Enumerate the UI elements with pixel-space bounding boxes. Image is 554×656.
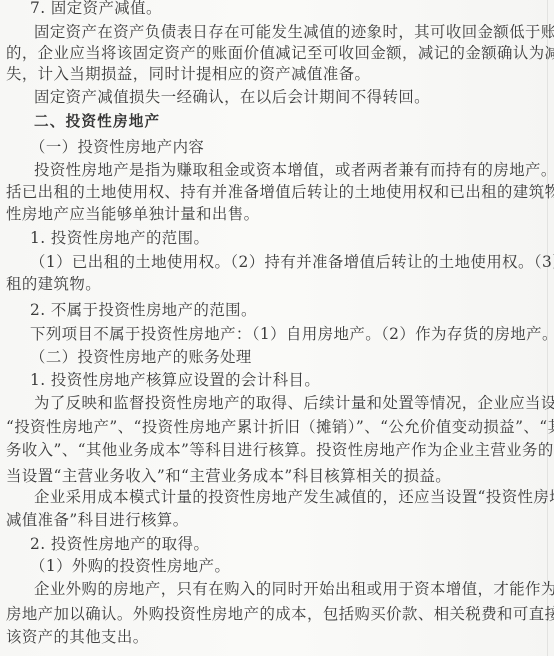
text-line: 7. 固定资产减值。 <box>30 0 162 18</box>
text-line: 企业采用成本模式计量的投资性房地产发生减值的，还应当设置“投资性房地产 <box>34 487 546 507</box>
text-line: 投资性房地产是指为赚取租金或资本增值，或者两者兼有而持有的房地产。主要包 <box>34 160 546 180</box>
text-line: 当设置“主营业务收入”和“主营业务成本”科目核算相关的损益。 <box>6 466 546 486</box>
text-line: 性房地产应当能够单独计量和出售。 <box>6 204 546 224</box>
text-line: 括已出租的土地使用权、持有并准备增值后转让的土地使用权和已出租的建筑物。投资 <box>6 182 546 202</box>
text-line: 企业外购的房地产，只有在购入的同时开始出租或用于资本增值，才能作为投资性 <box>34 579 546 599</box>
text-line: 务收入”、“其他业务成本”等科目进行核算。投资性房地产作为企业主营业务的，应 <box>6 440 546 460</box>
text-line: 失，计入当期损益，同时计提相应的资产减值准备。 <box>6 64 546 84</box>
text-line: （1）外购的投资性房地产。 <box>30 556 230 576</box>
text-line: （二）投资性房地产的账务处理 <box>30 347 252 367</box>
section-heading: 二、投资性房地产 <box>34 112 546 132</box>
text-line: 固定资产减值损失一经确认，在以后会计期间不得转回。 <box>34 87 546 107</box>
text-line: 该资产的其他支出。 <box>6 627 546 647</box>
text-line: 的，企业应当将该固定资产的账面价值减记至可收回金额，减记的金额确认为减值损 <box>6 43 546 63</box>
text-line: 1. 投资性房地产核算应设置的会计科目。 <box>30 370 320 390</box>
text-line: 租的建筑物。 <box>6 274 546 294</box>
text-line: 下列项目不属于投资性房地产：（1）自用房地产。（2）作为存货的房地产。 <box>30 324 554 344</box>
text-line: （一）投资性房地产内容 <box>30 137 204 157</box>
text-line: （1）已出租的土地使用权。（2）持有并准备增值后转让的土地使用权。（3）已出 <box>30 252 546 272</box>
document-page: 7. 固定资产减值。固定资产在资产负债表日存在可能发生减值的迹象时，其可收回金额… <box>0 0 554 656</box>
text-line: 2. 投资性房地产的取得。 <box>30 534 209 554</box>
text-line: “投资性房地产”、“投资性房地产累计折旧（摊销）”、“公允价值变动损益”、“其他… <box>6 417 546 437</box>
text-line: 1. 投资性房地产的范围。 <box>30 228 209 248</box>
text-line: 固定资产在资产负债表日存在可能发生减值的迹象时，其可收回金额低于账面价值 <box>34 22 546 42</box>
text-line: 房地产加以确认。外购投资性房地产的成本，包括购买价款、相关税费和可直接归属于 <box>6 604 546 624</box>
text-line: 为了反映和监督投资性房地产的取得、后续计量和处置等情况，企业应当设置 <box>34 393 546 413</box>
text-line: 2. 不属于投资性房地产的范围。 <box>30 300 257 320</box>
text-line: 减值准备”科目进行核算。 <box>6 510 546 530</box>
